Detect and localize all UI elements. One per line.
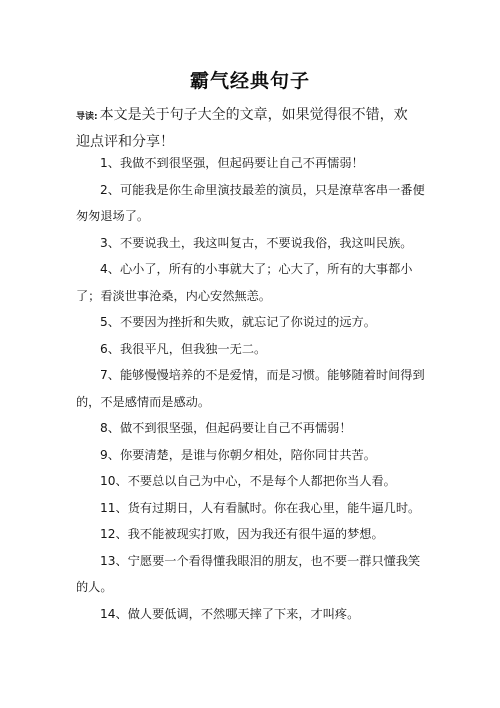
list-item: 13、宁愿要一个看得懂我眼泪的朋友，也不要一群只懂我笑的人。 xyxy=(76,548,426,601)
list-item: 5、不要因为挫折和失败，就忘记了你说过的远方。 xyxy=(76,309,426,336)
list-item: 1、我做不到很坚强，但起码要让自己不再懦弱！ xyxy=(76,150,426,177)
intro-text: 本文是关于句子大全的文章，如果觉得很不错，欢迎点评和分享！ xyxy=(76,107,408,150)
list-item: 8、做不到很坚强，但起码要让自己不再懦弱！ xyxy=(76,415,426,442)
sentence-list: 1、我做不到很坚强，但起码要让自己不再懦弱！ 2、可能我是你生命里演技最差的演员… xyxy=(76,150,426,627)
list-item: 6、我很平凡，但我独一无二。 xyxy=(76,336,426,363)
document-page: 霸气经典句子 导读:本文是关于句子大全的文章，如果觉得很不错，欢迎点评和分享！ … xyxy=(0,0,500,708)
list-item: 9、你要清楚，是谁与你朝夕相处，陪你同甘共苦。 xyxy=(76,442,426,469)
list-item: 12、我不能被现实打败，因为我还有很牛逼的梦想。 xyxy=(76,521,426,548)
list-item: 4、心小了，所有的小事就大了；心大了，所有的大事都小了；看淡世事沧桑，内心安然無… xyxy=(76,256,426,309)
page-title: 霸气经典句子 xyxy=(0,66,500,93)
intro-paragraph: 导读:本文是关于句子大全的文章，如果觉得很不错，欢迎点评和分享！ xyxy=(76,103,416,155)
list-item: 10、不要总以自己为中心，不是每个人都把你当人看。 xyxy=(76,468,426,495)
intro-label: 导读: xyxy=(76,112,98,122)
list-item: 3、不要说我土，我这叫复古，不要说我俗，我这叫民族。 xyxy=(76,230,426,257)
list-item: 14、做人要低调，不然哪天摔了下来，才叫疼。 xyxy=(76,601,426,628)
list-item: 7、能够慢慢培养的不是爱情，而是习惯。能够随着时间得到的，不是感情而是感动。 xyxy=(76,362,426,415)
list-item: 11、货有过期日，人有看腻时。你在我心里，能牛逼几时。 xyxy=(76,495,426,522)
list-item: 2、可能我是你生命里演技最差的演员，只是潦草客串一番便匆匆退场了。 xyxy=(76,177,426,230)
